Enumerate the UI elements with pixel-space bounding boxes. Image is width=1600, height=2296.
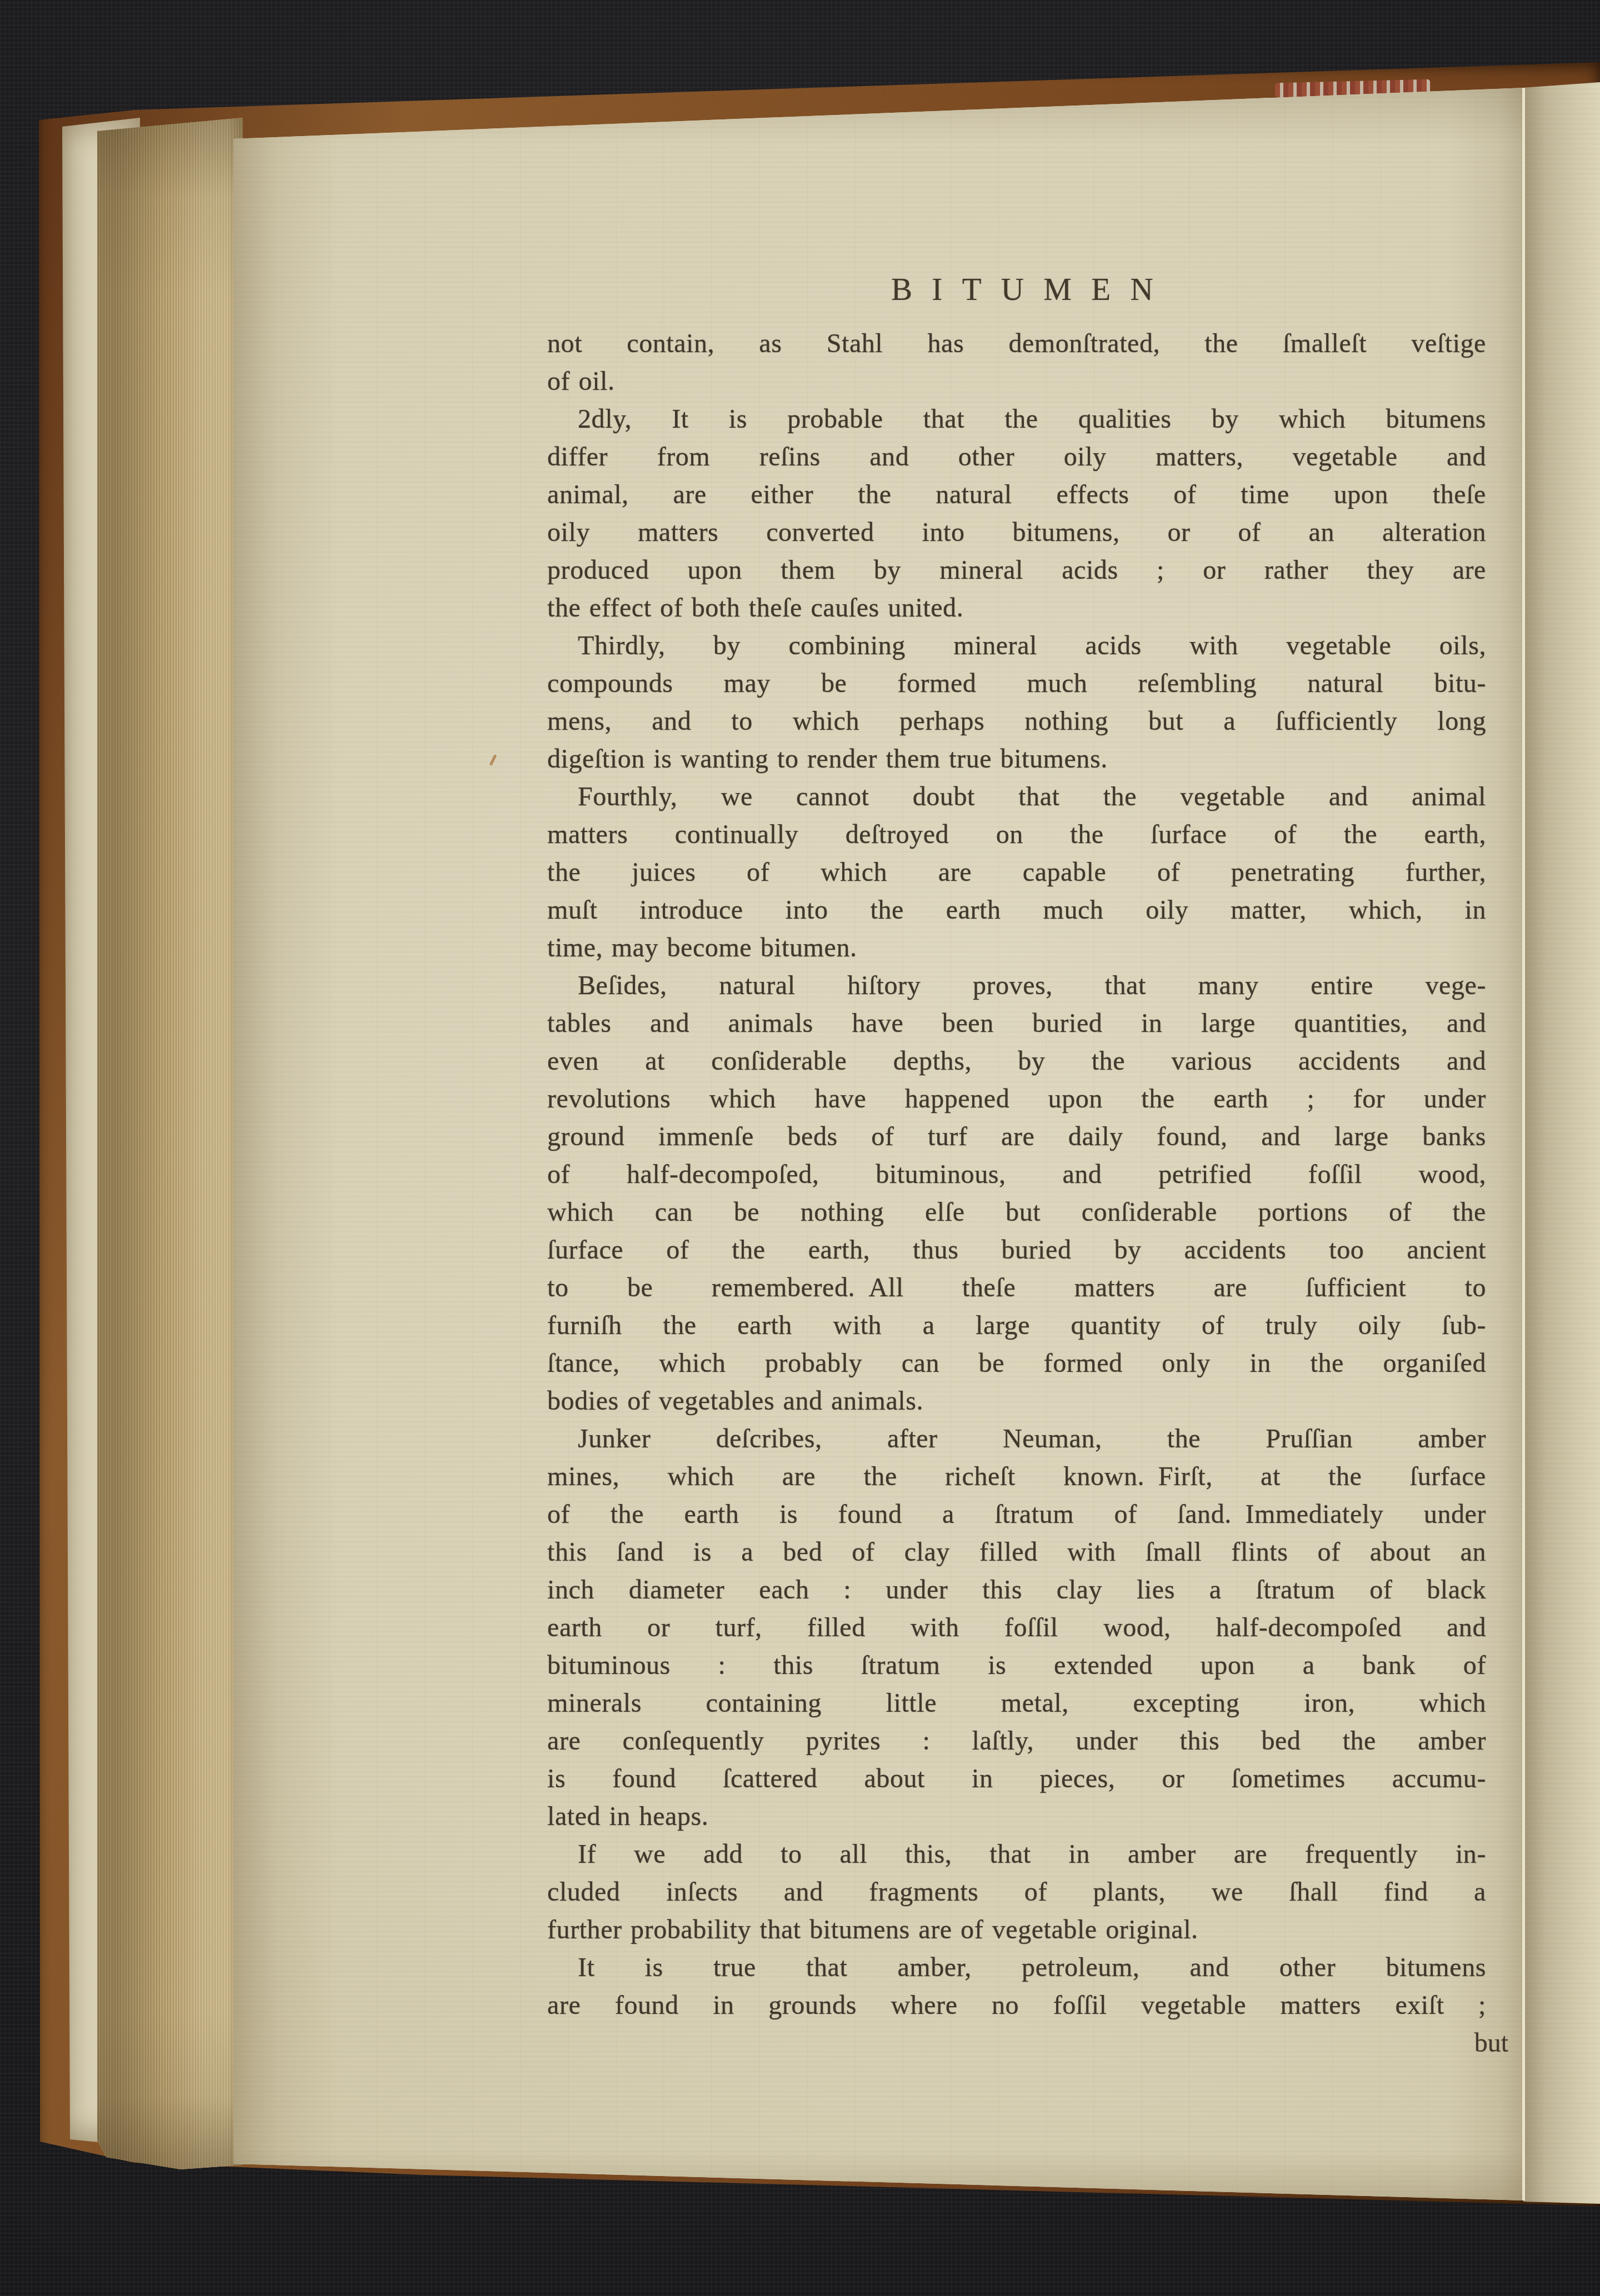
text-line: inch diameter each : under this clay lie… [547, 1571, 1486, 1609]
text-line: oily matters converted into bitumens, or… [547, 514, 1486, 552]
text-line: of the earth is found a ſtratum of ſand.… [547, 1496, 1486, 1533]
body-text: not contain, as Stahl has demonſtrated, … [547, 325, 1486, 2024]
text-line: the juices of which are capable of penet… [547, 854, 1486, 891]
text-line: revolutions which have happened upon the… [547, 1080, 1486, 1118]
text-line: tables and animals have been buried in l… [547, 1005, 1486, 1042]
text-line: mens, and to which perhaps nothing but a… [547, 703, 1486, 740]
text-line: furniſh the earth with a large quantity … [547, 1307, 1486, 1345]
text-line: bituminous : this ſtratum is extended up… [547, 1647, 1486, 1685]
facing-page-edge [1523, 82, 1600, 2204]
text-line: cluded inſects and fragments of plants, … [547, 1873, 1486, 1911]
running-title: BITUMEN [547, 271, 1486, 309]
text-line: Junker deſcribes, after Neuman, the Pruſ… [547, 1420, 1486, 1458]
text-line: earth or turf, filled with foſſil wood, … [547, 1609, 1486, 1647]
text-line: If we add to all this, that in amber are… [547, 1836, 1486, 1873]
text-line: of half-decompoſed, bituminous, and petr… [547, 1156, 1486, 1194]
text-line: lated in heaps. [547, 1798, 1486, 1836]
text-line: ground immenſe beds of turf are daily fo… [547, 1118, 1486, 1156]
text-line: time, may become bitumen. [547, 929, 1486, 967]
text-line: this ſand is a bed of clay filled with ſ… [547, 1533, 1486, 1571]
text-line: ſtance, which probably can be formed onl… [547, 1345, 1486, 1382]
text-line: the effect of both theſe cauſes united. [547, 589, 1486, 627]
fore-edge-page-stack [97, 118, 243, 2169]
ink-stray-mark [489, 754, 497, 766]
text-line: not contain, as Stahl has demonſtrated, … [547, 325, 1486, 363]
text-line: mines, which are the richeſt known. Firſ… [547, 1458, 1486, 1496]
text-line: ſurface of the earth, thus buried by acc… [547, 1231, 1486, 1269]
text-line: animal, are either the natural effects o… [547, 476, 1486, 514]
text-line: even at conſiderable depths, by the vari… [547, 1042, 1486, 1080]
page-edge-highlight [1522, 83, 1525, 2202]
text-line: 2dly, It is probable that the qualities … [547, 400, 1486, 438]
text-line: matters continually deſtroyed on the ſur… [547, 816, 1486, 854]
text-line: Thirdly, by combining mineral acids with… [547, 627, 1486, 665]
text-line: compounds may be formed much reſembling … [547, 665, 1486, 703]
text-line: digeſtion is wanting to render them true… [547, 740, 1486, 778]
text-line: are found in grounds where no foſſil veg… [547, 1987, 1486, 2024]
text-line: which can be nothing elſe but conſiderab… [547, 1194, 1486, 1231]
text-line: produced upon them by mineral acids ; or… [547, 552, 1486, 589]
text-line: further probability that bitumens are of… [547, 1911, 1486, 1949]
text-line: muſt introduce into the earth much oily … [547, 891, 1486, 929]
text-line: of oil. [547, 363, 1486, 400]
text-line: differ from reſins and other oily matter… [547, 438, 1486, 476]
photo-stage: BITUMEN not contain, as Stahl has demonſ… [0, 0, 1600, 2296]
text-line: are conſequently pyrites : laſtly, under… [547, 1722, 1486, 1760]
text-line: It is true that amber, petroleum, and ot… [547, 1949, 1486, 1987]
text-line: minerals containing little metal, except… [547, 1685, 1486, 1722]
text-line: Beſides, natural hiſtory proves, that ma… [547, 967, 1486, 1005]
text-line: is found ſcattered about in pieces, or ſ… [547, 1760, 1486, 1798]
catchword: but [547, 2024, 1508, 2062]
text-line: bodies of vegetables and animals. [547, 1382, 1486, 1420]
text-line: to be remembered. All theſe matters are … [547, 1269, 1486, 1307]
book-page: BITUMEN not contain, as Stahl has demonſ… [233, 83, 1525, 2202]
text-line: Fourthly, we cannot doubt that the veget… [547, 778, 1486, 816]
